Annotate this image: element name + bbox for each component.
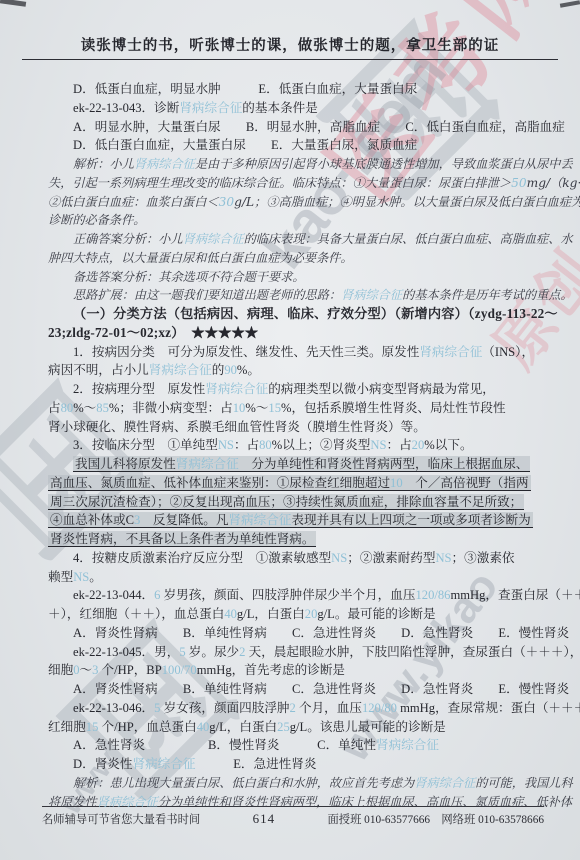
text-segment: %，包括系膜增生性肾炎、局灶性节段性 (281, 401, 506, 415)
keyword-blue: 10 (390, 476, 403, 490)
text-line: 周三次尿沉渣检查）；②反复出现高血压；③持续性氮质血症，排除血容量不足所致； (48, 493, 544, 512)
text-line: D．肾炎性肾病综合征 E．急进性肾炎 (48, 755, 544, 774)
keyword-blue: NS (370, 438, 386, 452)
text-segment: mg/（kg·d）； (527, 176, 580, 190)
keyword-blue: 肾病综合征 (341, 288, 402, 302)
text-segment: 个/HP，BP (98, 663, 161, 677)
text-segment: 的可能，我国儿科 (475, 776, 573, 790)
text-line: ＋），红细胞（＋＋），血总蛋白40g/L，白蛋白20g/L。最可能的诊断是 (48, 605, 544, 624)
text-line: D．低蛋白血症，明显水肿 E．低蛋白血症，大量蛋白尿 (48, 80, 544, 99)
scan-artifact-top-left (0, 0, 26, 7)
text-line: A．明显水肿，大量蛋白尿 B．明显水肿，高脂血症 C．低白蛋白血症，高脂血症 (48, 118, 544, 137)
text-segment: D．低白蛋白血症，大量蛋白尿 E．大量蛋白尿，氮质血症 (73, 138, 417, 152)
text-segment: D．肾炎性 (73, 757, 132, 771)
keyword-blue: 25 (277, 720, 290, 734)
text-segment: ：占 (386, 438, 411, 452)
keyword-blue: 20 (305, 607, 318, 621)
text-segment: 。 (89, 570, 102, 584)
scanned-document-page: 国 国 国 医考网原创 原创 kao·.com www.yikao www 读张… (0, 0, 580, 860)
text-segment: 2．按病理分型 原发性 (73, 382, 205, 396)
keyword-blue: 80 (61, 401, 74, 415)
text-line: 正确答案分析：小儿肾病综合征的临床表现：具备大量蛋白尿、低白蛋白血症、高脂血症、… (48, 230, 544, 249)
text-segment: A．急性肾炎 B．慢性肾炎 C．单纯性 (73, 738, 376, 752)
text-segment: 的基本条件是 (242, 101, 318, 115)
text-line: D．低白蛋白血症，大量蛋白尿 E．大量蛋白尿，氮质血症 (48, 136, 544, 155)
text-segment: 4．按糖皮质激素治疗反应分型 ①激素敏感型 (73, 551, 331, 565)
keyword-blue: 85 (96, 401, 109, 415)
text-segment: 肾小球硬化、膜性肾病、系膜毛细血管性肾炎（膜增生性肾炎）等。 (48, 420, 426, 434)
text-segment: %～ (73, 401, 96, 415)
text-segment: 个／高倍视野（指两 (403, 476, 529, 490)
keyword-blue: 肾病综合征 (134, 157, 195, 171)
text-segment: 肾炎性肾病，不具备以上条件者为单纯性肾病。 (50, 532, 314, 546)
keyword-blue: 肾病综合征 (376, 738, 439, 752)
keyword-blue: 肾病综合征 (179, 101, 242, 115)
text-segment: %以上；②肾炎型 (272, 438, 371, 452)
text-segment: %。 (237, 363, 260, 377)
keyword-blue: 20 (412, 438, 425, 452)
text-line: 占80%～85%；非微小病变型：占10%～15%，包括系膜增生性肾炎、局灶性节段… (48, 399, 544, 418)
keyword-blue: NS (218, 438, 234, 452)
text-line: 4．按糖皮质激素治疗反应分型 ①激素敏感型NS；②激素耐药型NS；③激素依 (48, 549, 544, 568)
keyword-blue: 肾病综合征 (414, 776, 475, 790)
footer-contact-info: 面授班 010-63577666 网络班 010-63578666 (327, 811, 544, 827)
text-segment: ②低白蛋白血症：血浆白蛋白＜ (48, 195, 219, 209)
page-number: 614 (200, 811, 327, 827)
text-segment: g/L。最可能的诊断是 (317, 607, 435, 621)
text-segment: 我国儿科将原发性 (75, 457, 176, 471)
text-segment: %；非微小病变型：占 (109, 401, 233, 415)
text-line: 解析：患儿出现大量蛋白尿、低白蛋白和水肿，故应首先考虑为肾病综合征的可能，我国儿… (48, 774, 544, 793)
text-segment: mmHg，查尿常规：蛋白（＋＋＋）， (397, 701, 580, 715)
keyword-blue: NS (435, 551, 451, 565)
text-segment: g/L，白蛋白 (237, 607, 305, 621)
text-line: ek-22-13-045．男，5 岁。尿少2 天，晨起眼睑水肿，下肢凹陷性浮肿，… (48, 643, 544, 662)
keyword-blue: 100/70 (162, 663, 197, 677)
keyword-blue: 肾病综合征 (419, 345, 482, 359)
text-line: ek-22-13-046．5 岁女孩，颜面四肢浮肿2 个月，血压120/80 m… (48, 699, 544, 718)
text-line: 肾小球硬化、膜性肾病、系膜毛细血管性肾炎（膜增生性肾炎）等。 (48, 418, 544, 437)
text-segment: %以下。 (424, 438, 472, 452)
text-segment: 高血压、氮质血症、低补体血症来鉴别：①尿检查红细胞超过 (50, 476, 390, 490)
text-segment: 分为单纯性和肾炎性肾病两型，临床上根据血尿、 (239, 457, 529, 471)
text-segment: 周三次尿沉渣检查）；②反复出现高血压；③持续性氮质血症，排除血容量不足所致； (50, 495, 522, 509)
text-line: 高血压、氮质血症、低补体血症来鉴别：①尿检查红细胞超过10 个／高倍视野（指两 (48, 474, 544, 493)
text-segment: 肿四大特点，以大量蛋白尿和低白蛋白血症为必要条件。 (48, 251, 353, 265)
highlighted-underlined-text: ④血总补体或C3 反复降低。凡肾病综合征表现并具有以上四项之一项或多项者诊断为 (48, 512, 533, 528)
text-line: 2．按病理分型 原发性肾病综合征的病理类型以微小病变型肾病最为常见， (48, 380, 544, 399)
text-segment: mmHg，查蛋白尿（＋＋ (450, 588, 580, 602)
text-line: A．肾炎性肾病 B．单纯性肾病 C．急进性肾炎 D．急性肾炎 E．慢性肾炎 (48, 624, 544, 643)
text-segment: 赖型 (48, 570, 73, 584)
text-segment: 诊断的必备条件。 (48, 213, 146, 227)
keyword-blue: NS (331, 551, 347, 565)
text-line: 肿四大特点，以大量蛋白尿和低白蛋白血症为必要条件。 (48, 249, 544, 268)
text-segment: 的基本条件是历年考试的重点。 (402, 288, 573, 302)
text-line: A．肾炎性肾病 B．单纯性肾病 C．急进性肾炎 D．急性肾炎 E．慢性肾炎 (48, 680, 544, 699)
text-segment: 表现并具有以上四项之一项或多项者诊断为 (291, 513, 530, 527)
text-segment: g/L，白蛋白 (209, 720, 277, 734)
text-segment: ：占 (234, 438, 259, 452)
keyword-blue: NS (73, 570, 89, 584)
text-segment: 正确答案分析：小儿 (73, 232, 183, 246)
text-line: 思路扩展：由这一题我们要知道出题老师的思路：肾病综合征的基本条件是历年考试的重点… (48, 286, 544, 305)
highlighted-underlined-text: 高血压、氮质血症、低补体血症来鉴别：①尿检查红细胞超过10 个／高倍视野（指两 (48, 475, 531, 491)
text-line: 赖型NS。 (48, 568, 544, 587)
text-segment: 岁女孩，颜面四肢浮肿 (160, 701, 289, 715)
text-segment: 的临床表现：具备大量蛋白尿、低白蛋白血症、高脂血症、水 (244, 232, 573, 246)
keyword-blue: 10 (233, 401, 246, 415)
document-body-text: D．低蛋白血症，明显水肿 E．低蛋白血症，大量蛋白尿ek-22-13-043．诊… (48, 80, 544, 811)
text-line: A．急性肾炎 B．慢性肾炎 C．单纯性肾病综合征 (48, 736, 544, 755)
text-segment: 失，引起一系列病理生理改变的临床综合征。临床特点：①大量蛋白尿：尿蛋白排泄＞ (48, 176, 511, 190)
text-segment: 岁。尿少 (186, 645, 240, 659)
text-line: 病因不明，占小儿肾病综合征的90%。 (48, 361, 544, 380)
text-segment: ＋），红细胞（＋＋），血总蛋白 (48, 607, 224, 621)
text-segment: 的 (212, 363, 225, 377)
text-segment: ek-22-13-046． (73, 701, 154, 715)
text-segment: ek-22-13-044． (73, 588, 154, 602)
highlighted-underlined-text: 我国儿科将原发性肾病综合征 分为单纯性和肾炎性肾病两型，临床上根据血尿、 (73, 456, 530, 472)
text-segment: E．急进性肾炎 (195, 757, 316, 771)
text-line: 红细胞15 个/HP，血总蛋白40g/L，白蛋白25g/L。该患儿最可能的诊断是 (48, 718, 544, 737)
text-line: ek-22-13-044．6 岁男孩，颜面、四肢浮肿伴尿少半个月，血压120/8… (48, 586, 544, 605)
keyword-blue: 15 (268, 401, 281, 415)
text-line: 1．按病因分类 可分为原发性、继发性、先天性三类。原发性肾病综合征（INS）， (48, 343, 544, 362)
text-segment: （一）分类方法（包括病因、病理、临床、疗效分型）（新增内容）（zydg-113-… (73, 306, 558, 321)
keyword-blue: 肾病综合征 (97, 795, 158, 809)
text-segment: A．肾炎性肾病 B．单纯性肾病 C．急进性肾炎 D．急性肾炎 E．慢性肾炎 (73, 626, 569, 640)
keyword-blue: 肾病综合征 (176, 457, 239, 471)
text-segment: 解析：小儿 (73, 157, 134, 171)
footer-slogan: 名师辅导可节省您大量看书时间 (42, 811, 200, 827)
keyword-blue: 80 (259, 438, 272, 452)
text-segment: 是由于多种原因引起肾小球基底膜通透性增加，导致血浆蛋白从尿中丢 (195, 157, 573, 171)
text-segment: ④血总补体或C (50, 513, 134, 527)
text-segment: D．低蛋白血症，明显水肿 E．低蛋白血症，大量蛋白尿 (73, 82, 417, 96)
text-line: ek-22-13-043．诊断肾病综合征的基本条件是 (48, 99, 544, 118)
text-segment: 天，晨起眼睑水肿，下肢凹陷性浮肿，查尿蛋白（＋＋＋），红 (245, 645, 580, 659)
keyword-blue: 90 (224, 363, 237, 377)
text-segment: mmHg，首先考虑的诊断是 (197, 663, 345, 677)
text-segment: A．肾炎性肾病 B．单纯性肾病 C．急进性肾炎 D．急性肾炎 E．慢性肾炎 (73, 682, 569, 696)
text-segment: ；②激素耐药型 (347, 551, 435, 565)
text-segment: ek-22-13-045．男， (73, 645, 179, 659)
text-segment: 占 (48, 401, 61, 415)
text-segment: ；③激素依 (452, 551, 515, 565)
keyword-blue: 40 (224, 607, 237, 621)
page-header-slogan: 读张博士的书，听张博士的课，做张博士的题，拿卫生部的证 (0, 34, 580, 55)
text-segment: 将原发性 (48, 795, 97, 809)
keyword-blue: 肾病综合征 (228, 513, 291, 527)
text-segment: （INS）， (482, 345, 534, 359)
text-line: 诊断的必备条件。 (48, 211, 544, 230)
keyword-blue: 肾病综合征 (149, 363, 212, 377)
text-line: 23;zldg-72-01～02;xz） ★★★★★ (48, 324, 544, 343)
text-segment: 3．按临床分型 ①单纯型 (73, 438, 218, 452)
keyword-blue: 30 (219, 195, 235, 209)
keyword-blue: 15 (86, 720, 99, 734)
text-segment: 反复降低。凡 (140, 513, 228, 527)
text-segment: 岁男孩，颜面、四肢浮肿伴尿少半个月，血压 (160, 588, 415, 602)
text-segment: ～ (79, 663, 92, 677)
text-line: ②低白蛋白血症：血浆白蛋白＜30g/L；③高脂血症；④明显水肿。以大量蛋白尿及低… (48, 193, 544, 212)
text-segment: 23;zldg-72-01～02;xz） ★★★★★ (48, 325, 258, 340)
highlighted-underlined-text: 周三次尿沉渣检查）；②反复出现高血压；③持续性氮质血症，排除血容量不足所致； (48, 494, 524, 510)
text-segment: 1．按病因分类 可分为原发性、继发性、先天性三类。原发性 (73, 345, 419, 359)
keyword-blue: 40 (197, 720, 210, 734)
highlighted-underlined-text: 肾炎性肾病，不具备以上条件者为单纯性肾病。 (48, 531, 316, 547)
text-line: 我国儿科将原发性肾病综合征 分为单纯性和肾炎性肾病两型，临床上根据血尿、 (48, 455, 544, 474)
text-line: 失，引起一系列病理生理改变的临床综合征。临床特点：①大量蛋白尿：尿蛋白排泄＞50… (48, 174, 544, 193)
text-segment: 解析：患儿出现大量蛋白尿、低白蛋白和水肿，故应首先考虑为 (73, 776, 414, 790)
text-segment: g/L；③高脂血症；④明显水肿。以大量蛋白尿及低白蛋白血症为 (234, 195, 580, 209)
scan-artifact-top-right (560, 0, 580, 7)
text-segment: 红细胞 (48, 720, 86, 734)
keyword-blue: 肾病综合征 (205, 382, 268, 396)
text-segment: 分为单纯性和肾炎性肾病两型，临床上根据血尿、高血压、氮质血症、低补体 (158, 795, 572, 809)
keyword-blue: 50 (511, 176, 527, 190)
keyword-blue: 肾病综合征 (132, 757, 195, 771)
text-segment: 的病理类型以微小病变型肾病最为常见， (268, 382, 495, 396)
text-segment: 个月，血压 (296, 701, 362, 715)
text-line: 将原发性肾病综合征分为单纯性和肾炎性肾病两型，临床上根据血尿、高血压、氮质血症、… (48, 793, 544, 812)
text-segment: 细胞 (48, 663, 73, 677)
text-line: 3．按临床分型 ①单纯型NS：占80%以上；②肾炎型NS：占20%以下。 (48, 436, 544, 455)
text-line: 解析：小儿肾病综合征是由于多种原因引起肾小球基底膜通透性增加，导致血浆蛋白从尿中… (48, 155, 544, 174)
text-segment: 病因不明，占小儿 (48, 363, 149, 377)
keyword-blue: 肾病综合征 (183, 232, 244, 246)
keyword-blue: 120/86 (415, 588, 450, 602)
keyword-blue: 120/80 (362, 701, 397, 715)
text-line: ④血总补体或C3 反复降低。凡肾病综合征表现并具有以上四项之一项或多项者诊断为 (48, 511, 544, 530)
text-line: 肾炎性肾病，不具备以上条件者为单纯性肾病。 (48, 530, 544, 549)
text-segment: 个/HP，血总蛋白 (98, 720, 196, 734)
text-segment: 思路扩展：由这一题我们要知道出题老师的思路： (73, 288, 341, 302)
header-divider (22, 59, 558, 60)
text-segment: g/L。该患儿最可能的诊断是 (290, 720, 446, 734)
text-segment: %～ (245, 401, 268, 415)
text-segment: A．明显水肿，大量蛋白尿 B．明显水肿，高脂血症 C．低白蛋白血症，高脂血症 (73, 120, 565, 134)
text-line: （一）分类方法（包括病因、病理、临床、疗效分型）（新增内容）（zydg-113-… (48, 305, 544, 324)
page-footer: 名师辅导可节省您大量看书时间 614 面授班 010-63577666 网络班 … (42, 811, 544, 827)
text-segment: 备选答案分析：其余选项不符合题干要求。 (73, 270, 305, 284)
text-line: 细胞0～3 个/HP，BP100/70mmHg，首先考虑的诊断是 (48, 661, 544, 680)
text-segment: ek-22-13-043．诊断 (73, 101, 179, 115)
text-line: 备选答案分析：其余选项不符合题干要求。 (48, 268, 544, 287)
